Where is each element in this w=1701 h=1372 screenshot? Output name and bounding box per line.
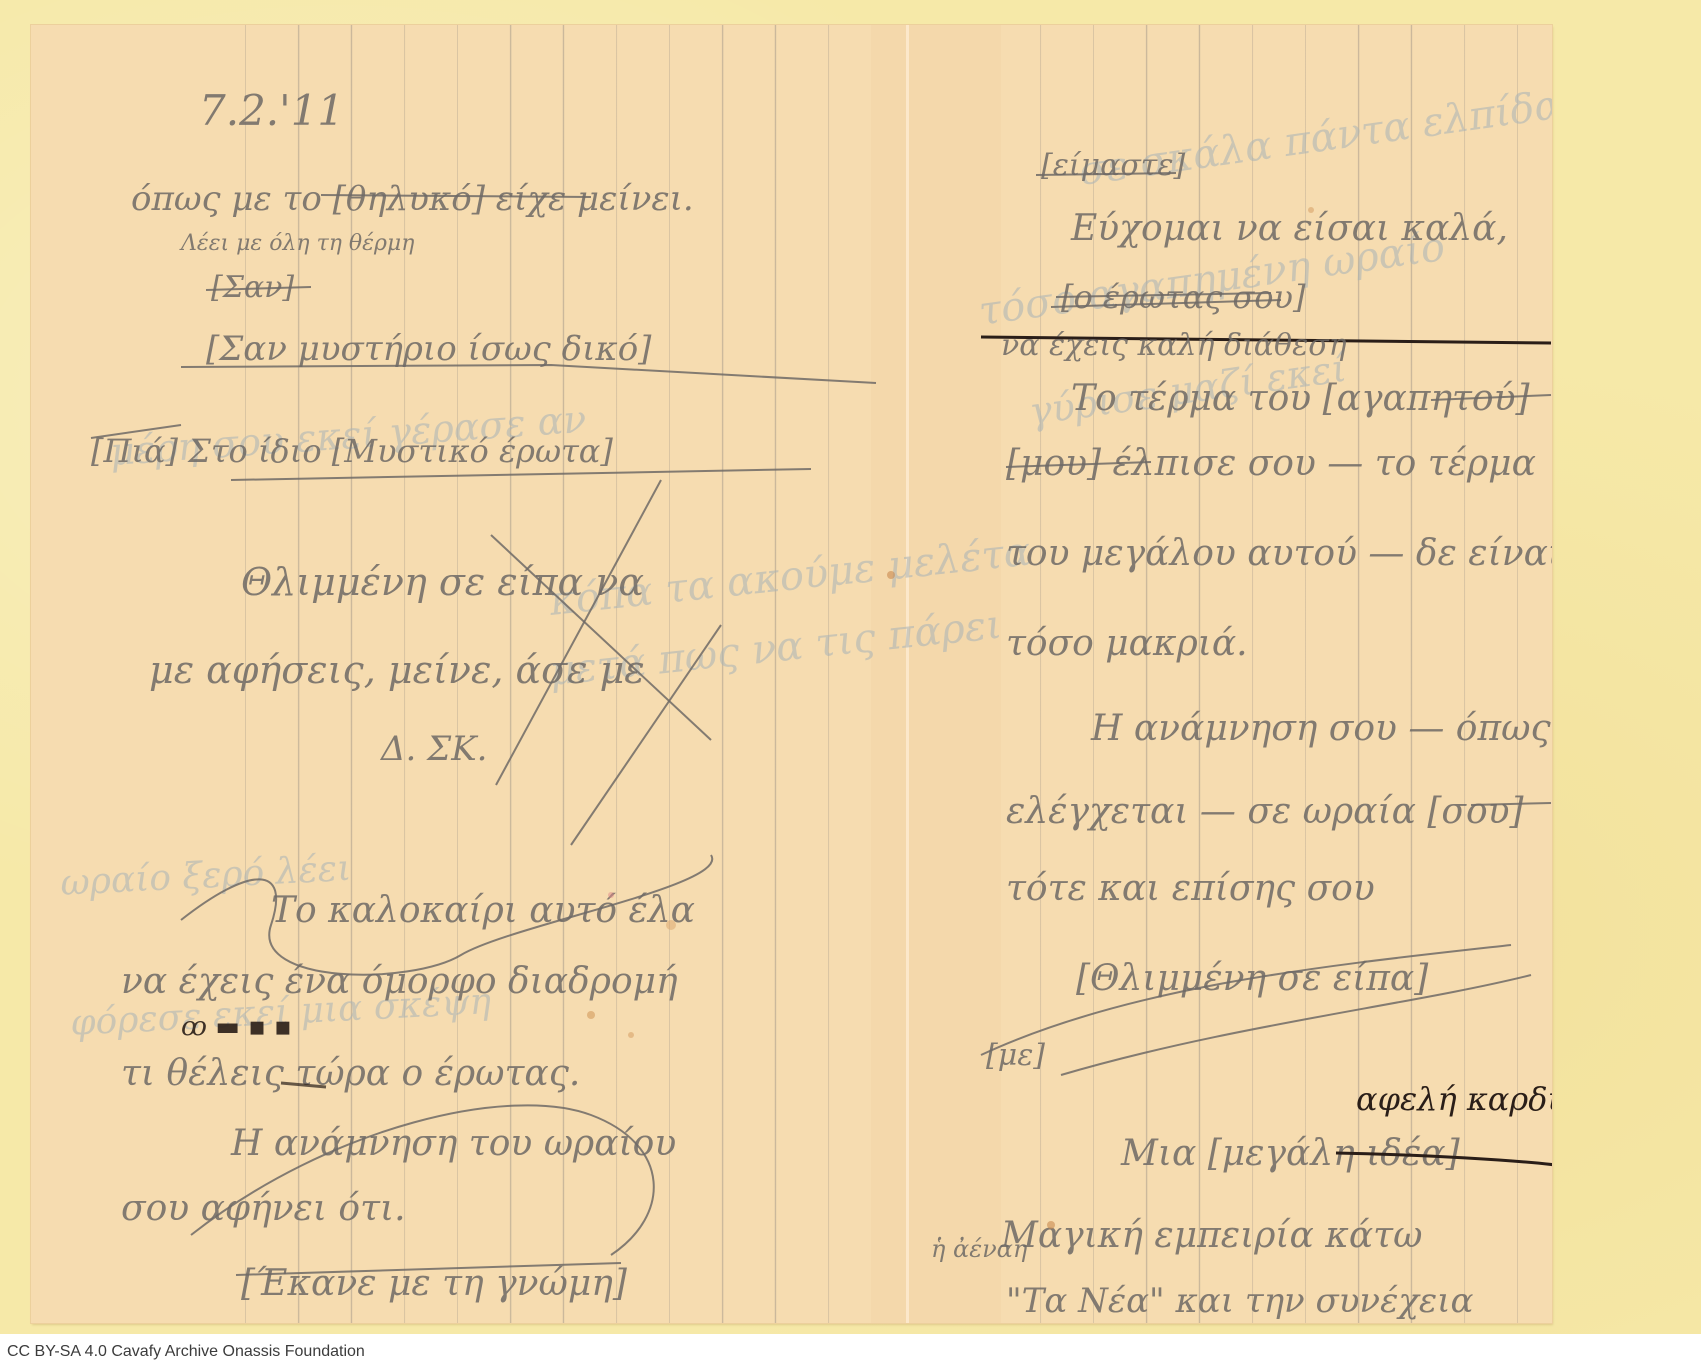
- svg-text:τι θέλεις τώρα ο έρωτας.: τι θέλεις τώρα ο έρωτας.: [121, 1053, 580, 1094]
- svg-text:Δ. ΣΚ.: Δ. ΣΚ.: [379, 729, 487, 769]
- svg-text:με αφήσεις, μείνε, άσε με: με αφήσεις, μείνε, άσε με: [149, 648, 645, 692]
- svg-text:[με]: [με]: [986, 1038, 1045, 1073]
- image-viewer: μέρη σου εκεί γέρασε αν κόπα τα ακούμε μ…: [0, 0, 1701, 1372]
- svg-text:[είμαστε]: [είμαστε]: [1041, 148, 1185, 183]
- date-note: 7.2.'11: [199, 86, 344, 135]
- svg-text:αφελή καρδιά: αφελή καρδιά: [1356, 1080, 1552, 1118]
- svg-text:[Σαν μυστήριο ίσως δικό]: [Σαν μυστήριο ίσως δικό]: [206, 329, 652, 369]
- svg-text:Θλιμμένη σε είπα να: Θλιμμένη σε είπα να: [241, 560, 644, 604]
- svg-text:σου αφήνει ότι.: σου αφήνει ότι.: [121, 1188, 406, 1229]
- svg-text:τότε και επίσης σου: τότε και επίσης σου: [1006, 868, 1375, 909]
- license-caption: CC BY-SA 4.0 Cavafy Archive Onassis Foun…: [7, 1343, 365, 1361]
- svg-text:όπως με το [θηλυκό] είχε μείνε: όπως με το [θηλυκό] είχε μείνει.: [131, 179, 694, 219]
- left-page-text: 7.2.'11 όπως με το [θηλυκό] είχε μείνει.…: [91, 86, 876, 1304]
- svg-text:τόσο μακριά.: τόσο μακριά.: [1006, 623, 1248, 664]
- svg-text:να έχεις καλή διάθεση: να έχεις καλή διάθεση: [1001, 328, 1347, 363]
- svg-text:Λέει με όλη τη θέρμη: Λέει με όλη τη θέρμη: [179, 231, 414, 256]
- svg-text:να έχεις ένα όμορφο διαδρομή: να έχεις ένα όμορφο διαδρομή: [121, 961, 678, 1002]
- svg-text:του μεγάλου αυτού — δε είναι: του μεγάλου αυτού — δε είναι: [1006, 533, 1552, 574]
- manuscript-sheet: μέρη σου εκεί γέρασε αν κόπα τα ακούμε μ…: [31, 25, 1552, 1323]
- svg-text:Μια [μεγάλη ιδέα]: Μια [μεγάλη ιδέα]: [1120, 1133, 1461, 1174]
- svg-text:ἡ ἀέναη: ἡ ἀέναη: [931, 1235, 1028, 1263]
- svg-text:"Τα Νέα" και την συνέχεια: "Τα Νέα" και την συνέχεια: [1006, 1281, 1474, 1321]
- svg-text:ελέγχεται — σε ωραία [σου]: ελέγχεται — σε ωραία [σου]: [1006, 791, 1525, 832]
- svg-text:Μαγική εμπειρία κάτω: Μαγική εμπειρία κάτω: [1000, 1215, 1422, 1256]
- archival-mat-background: μέρη σου εκεί γέρασε αν κόπα τα ακούμε μ…: [0, 0, 1701, 1334]
- svg-text:Το καλοκαίρι αυτό έλα: Το καλοκαίρι αυτό έλα: [271, 890, 695, 931]
- svg-text:Εύχομαι να είσαι καλά,: Εύχομαι να είσαι καλά,: [1070, 208, 1508, 249]
- svg-text:Η ανάμνηση σου — όπως: Η ανάμνηση σου — όπως: [1090, 708, 1551, 749]
- svg-text:ꝏ ▬ ▪ ▪: ꝏ ▬ ▪ ▪: [181, 1012, 292, 1042]
- handwriting-layer: μέρη σου εκεί γέρασε αν κόπα τα ακούμε μ…: [31, 25, 1552, 1323]
- svg-text:Η ανάμνηση του ωραίου: Η ανάμνηση του ωραίου: [230, 1123, 676, 1164]
- svg-text:[Πιά] Στο ίδιο [Μυστικό έρωτα]: [Πιά] Στο ίδιο [Μυστικό έρωτα]: [91, 432, 613, 470]
